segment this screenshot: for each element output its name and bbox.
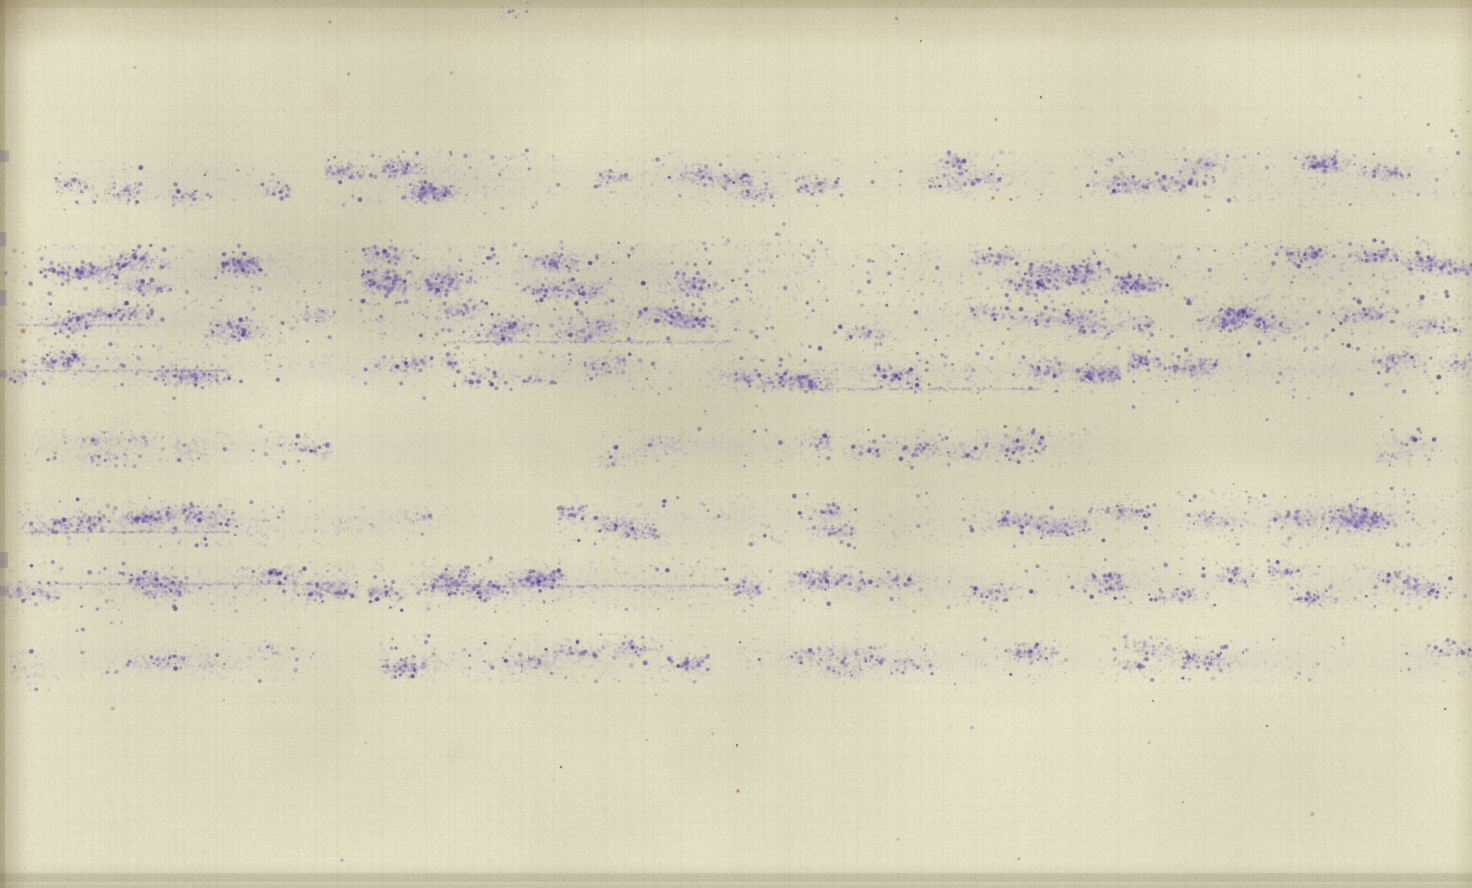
scanned-page: [0, 0, 1472, 888]
paper-texture-canvas: [0, 0, 1472, 888]
